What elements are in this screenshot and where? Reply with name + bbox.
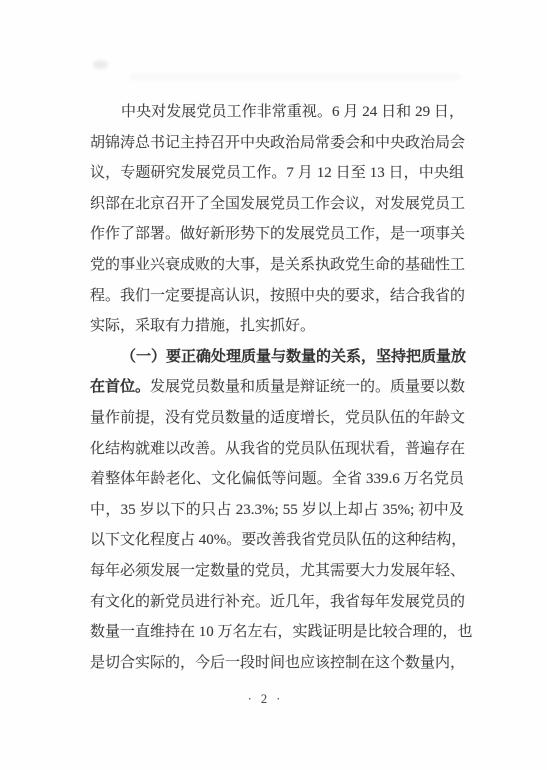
text-segment: 作作了部署。做好新形势下的发展党员工作，是一项事关 bbox=[90, 226, 465, 242]
text-line-7: 程。我们一定要提高认识，按照中央的要求，结合我省的 bbox=[90, 281, 464, 312]
text-segment: 量作前提，没有党员数量的适度增长，党员队伍的年龄文 bbox=[90, 410, 465, 426]
text-line-2: 胡锦涛总书记主持召开中央政治局常委会和中央政治局会 bbox=[90, 128, 464, 159]
scan-ghost-streak bbox=[130, 74, 460, 80]
document-body-text: 中央对发展党员工作非常重视。6 月 24 日和 29 日，胡锦涛总书记主持召开中… bbox=[90, 97, 464, 678]
text-line-5: 作作了部署。做好新形势下的发展党员工作，是一项事关 bbox=[90, 219, 464, 250]
text-segment: 织部在北京召开了全国发展党员工作会议，对发展党员工 bbox=[90, 196, 465, 212]
text-segment: 议，专题研究发展党员工作。7 月 12 日至 13 日，中央组 bbox=[90, 165, 464, 181]
text-segment: 程。我们一定要提高认识，按照中央的要求，结合我省的 bbox=[90, 288, 465, 304]
text-segment: 是切合实际的，今后一段时间也应该控制在这个数量内， bbox=[90, 655, 465, 671]
text-segment: 党的事业兴衰成败的大事，是关系执政党生命的基础性工 bbox=[90, 257, 465, 273]
text-segment: 着整体年龄老化、文化偏低等问题。全省 339.6 万名党员 bbox=[90, 471, 464, 487]
bold-text-segment: 在首位。 bbox=[90, 379, 150, 395]
text-line-14: 中，35 岁以下的只占 23.3%; 55 岁以上却占 35%; 初中及 bbox=[90, 495, 464, 526]
text-line-11: 量作前提，没有党员数量的适度增长，党员队伍的年龄文 bbox=[90, 403, 464, 434]
text-line-3: 议，专题研究发展党员工作。7 月 12 日至 13 日，中央组 bbox=[90, 158, 464, 189]
text-segment: 中央对发展党员工作非常重视。6 月 24 日和 29 日， bbox=[121, 104, 464, 120]
text-line-9: （一）要正确处理质量与数量的关系，坚持把质量放 bbox=[90, 342, 464, 373]
text-line-6: 党的事业兴衰成败的大事，是关系执政党生命的基础性工 bbox=[90, 250, 464, 281]
text-segment: 胡锦涛总书记主持召开中央政治局常委会和中央政治局会 bbox=[90, 135, 465, 151]
text-line-13: 着整体年龄老化、文化偏低等问题。全省 339.6 万名党员 bbox=[90, 464, 464, 495]
text-line-19: 是切合实际的，今后一段时间也应该控制在这个数量内， bbox=[90, 648, 464, 679]
text-segment: 发展党员数量和质量是辩证统一的。质量要以数 bbox=[150, 379, 465, 395]
text-line-4: 织部在北京召开了全国发展党员工作会议，对发展党员工 bbox=[90, 189, 464, 220]
text-line-16: 每年必须发展一定数量的党员，尤其需要大力发展年轻、 bbox=[90, 556, 464, 587]
text-segment: 化结构就难以改善。从我省的党员队伍现状看，普遍存在 bbox=[90, 441, 465, 457]
text-line-17: 有文化的新党员进行补充。近几年，我省每年发展党员的 bbox=[90, 587, 464, 618]
page-number: · 2 · bbox=[0, 692, 539, 707]
bold-text-segment: （一）要正确处理质量与数量的关系，坚持把质量放 bbox=[121, 349, 466, 365]
scanned-document-page: 中央对发展党员工作非常重视。6 月 24 日和 29 日，胡锦涛总书记主持召开中… bbox=[0, 0, 547, 770]
text-segment: 数量一直维持在 10 万名左右，实践证明是比较合理的，也 bbox=[90, 624, 473, 640]
text-line-12: 化结构就难以改善。从我省的党员队伍现状看，普遍存在 bbox=[90, 434, 464, 465]
text-segment: 有文化的新党员进行补充。近几年，我省每年发展党员的 bbox=[90, 594, 465, 610]
text-line-1: 中央对发展党员工作非常重视。6 月 24 日和 29 日， bbox=[90, 97, 464, 128]
text-line-18: 数量一直维持在 10 万名左右，实践证明是比较合理的，也 bbox=[90, 617, 464, 648]
scan-smudge-mark bbox=[93, 60, 108, 69]
text-line-10: 在首位。发展党员数量和质量是辩证统一的。质量要以数 bbox=[90, 372, 464, 403]
text-segment: 中，35 岁以下的只占 23.3%; 55 岁以上却占 35%; 初中及 bbox=[90, 502, 464, 518]
text-segment: 实际，采取有力措施，扎实抓好。 bbox=[90, 318, 315, 334]
text-segment: 以下文化程度占 40%。要改善我省党员队伍的这种结构， bbox=[90, 532, 466, 548]
text-line-15: 以下文化程度占 40%。要改善我省党员队伍的这种结构， bbox=[90, 525, 464, 556]
text-line-8: 实际，采取有力措施，扎实抓好。 bbox=[90, 311, 464, 342]
text-segment: 每年必须发展一定数量的党员，尤其需要大力发展年轻、 bbox=[90, 563, 465, 579]
